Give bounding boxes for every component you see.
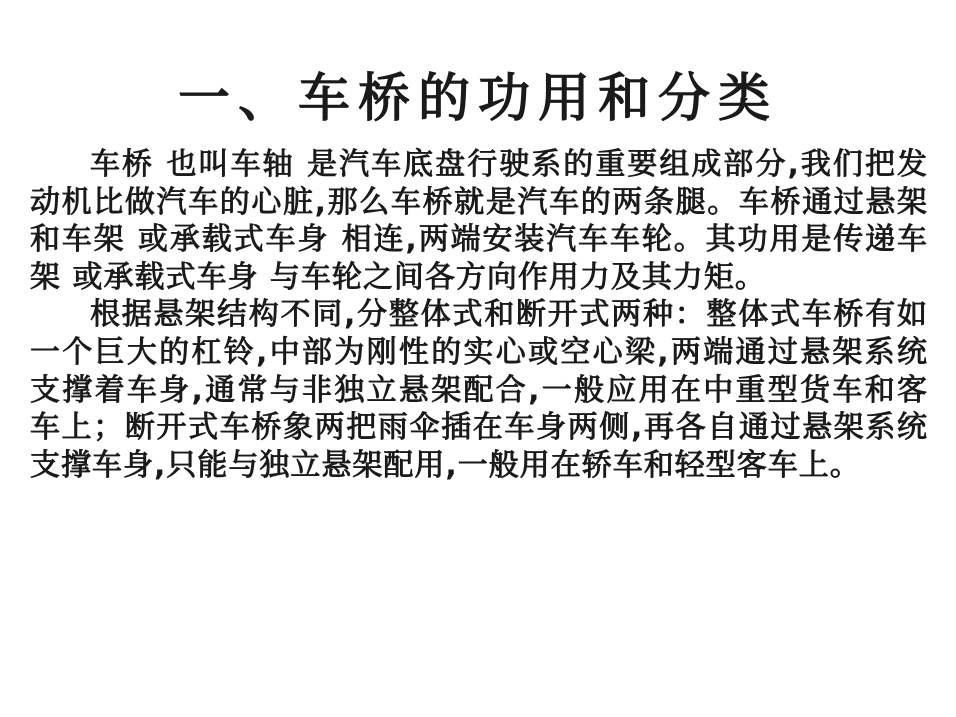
paragraph-2: 根据悬架结构不同,分整体式和断开式两种：整体式车桥有如 一个巨大的杠铃,中部为刚…: [30, 296, 928, 484]
body-line: 支撑着车身,通常与非独立悬架配合,一般应用在中重型货车和客: [30, 372, 928, 410]
body-line: 动机比做汽车的心脏,那么车桥就是汽车的两条腿。车桥通过悬架: [30, 184, 928, 222]
body-line: 车上；断开式车桥象两把雨伞插在车身两侧,再各自通过悬架系统: [30, 409, 928, 447]
slide-body: 车桥 也叫车轴 是汽车底盘行驶系的重要组成部分,我们把发 动机比做汽车的心脏,那…: [30, 146, 928, 484]
body-line: 架 或承载式车身 与车轮之间各方向作用力及其力矩。: [30, 259, 928, 297]
body-line: 车桥 也叫车轴 是汽车底盘行驶系的重要组成部分,我们把发: [30, 146, 928, 184]
presentation-slide: 一、车桥的功用和分类 车桥 也叫车轴 是汽车底盘行驶系的重要组成部分,我们把发 …: [0, 0, 956, 717]
slide-title: 一、车桥的功用和分类: [0, 56, 956, 131]
body-line: 和车架 或承载式车身 相连,两端安装汽车车轮。其功用是传递车: [30, 221, 928, 259]
body-line: 一个巨大的杠铃,中部为刚性的实心或空心梁,两端通过悬架系统: [30, 334, 928, 372]
body-line: 根据悬架结构不同,分整体式和断开式两种：整体式车桥有如: [30, 296, 928, 334]
body-line: 支撑车身,只能与独立悬架配用,一般用在轿车和轻型客车上。: [30, 447, 928, 485]
paragraph-1: 车桥 也叫车轴 是汽车底盘行驶系的重要组成部分,我们把发 动机比做汽车的心脏,那…: [30, 146, 928, 296]
